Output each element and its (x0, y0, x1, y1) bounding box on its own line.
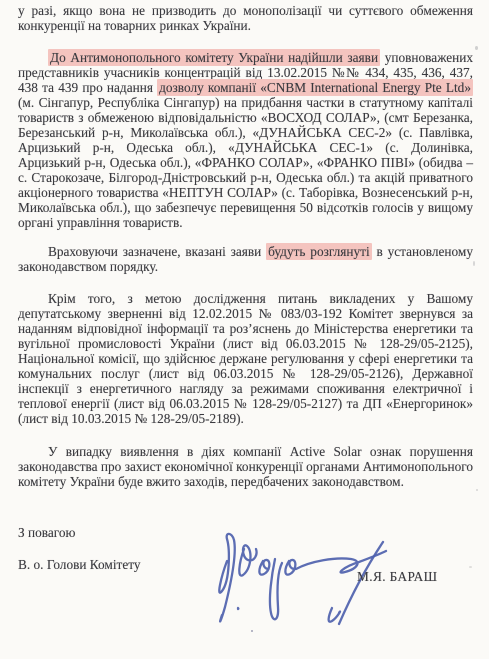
signer-title: В. о. Голови Комітету (18, 557, 141, 572)
inquiries-text: Крім того, з метою дослідження питань ви… (18, 291, 473, 426)
intro-text: у разі, якщо вона не призводить до моноп… (18, 3, 473, 33)
closing-block: З повагою В. о. Голови Комітету (18, 525, 473, 657)
paragraph-inquiries: Крім того, з метою дослідження питань ви… (18, 291, 473, 426)
highlight-permission-cnbm: дозволу компанії «CNBM International Ene… (157, 79, 473, 96)
paragraph-intro: у разі, якщо вона не призводить до моноп… (18, 3, 473, 33)
paragraph-applications: До Антимонопольного комітету України над… (18, 50, 473, 230)
paragraph-consideration: Враховуючи зазначене, вказані заяви буду… (18, 244, 473, 274)
applications-text-tail: (м. Сінгапур, Республіка Сінгапур) на пр… (18, 95, 473, 230)
signer-row: В. о. Голови Комітету (18, 557, 473, 657)
scan-artifact (473, 261, 475, 266)
signer-name: М.Я. БАРАШ (357, 569, 437, 584)
highlight-committee-received: До Антимонопольного комітету України над… (48, 49, 380, 66)
scanned-letter-page: { "page": { "background_color": "#fbfaf7… (0, 0, 489, 659)
scan-artifact (476, 489, 478, 491)
scan-artifact (469, 566, 472, 568)
consideration-text-before: Враховуючи зазначене, вказані заяви (48, 244, 266, 259)
warning-text: У випадку виявлення в діях компанії Acti… (18, 444, 473, 489)
scan-artifact (475, 46, 478, 50)
letter-body: у разі, якщо вона не призводить до моноп… (0, 0, 489, 657)
highlight-will-be-considered: будуть розглянуті (266, 243, 372, 260)
scan-artifact (251, 630, 253, 632)
paragraph-warning: У випадку виявлення в діях компанії Acti… (18, 444, 473, 489)
